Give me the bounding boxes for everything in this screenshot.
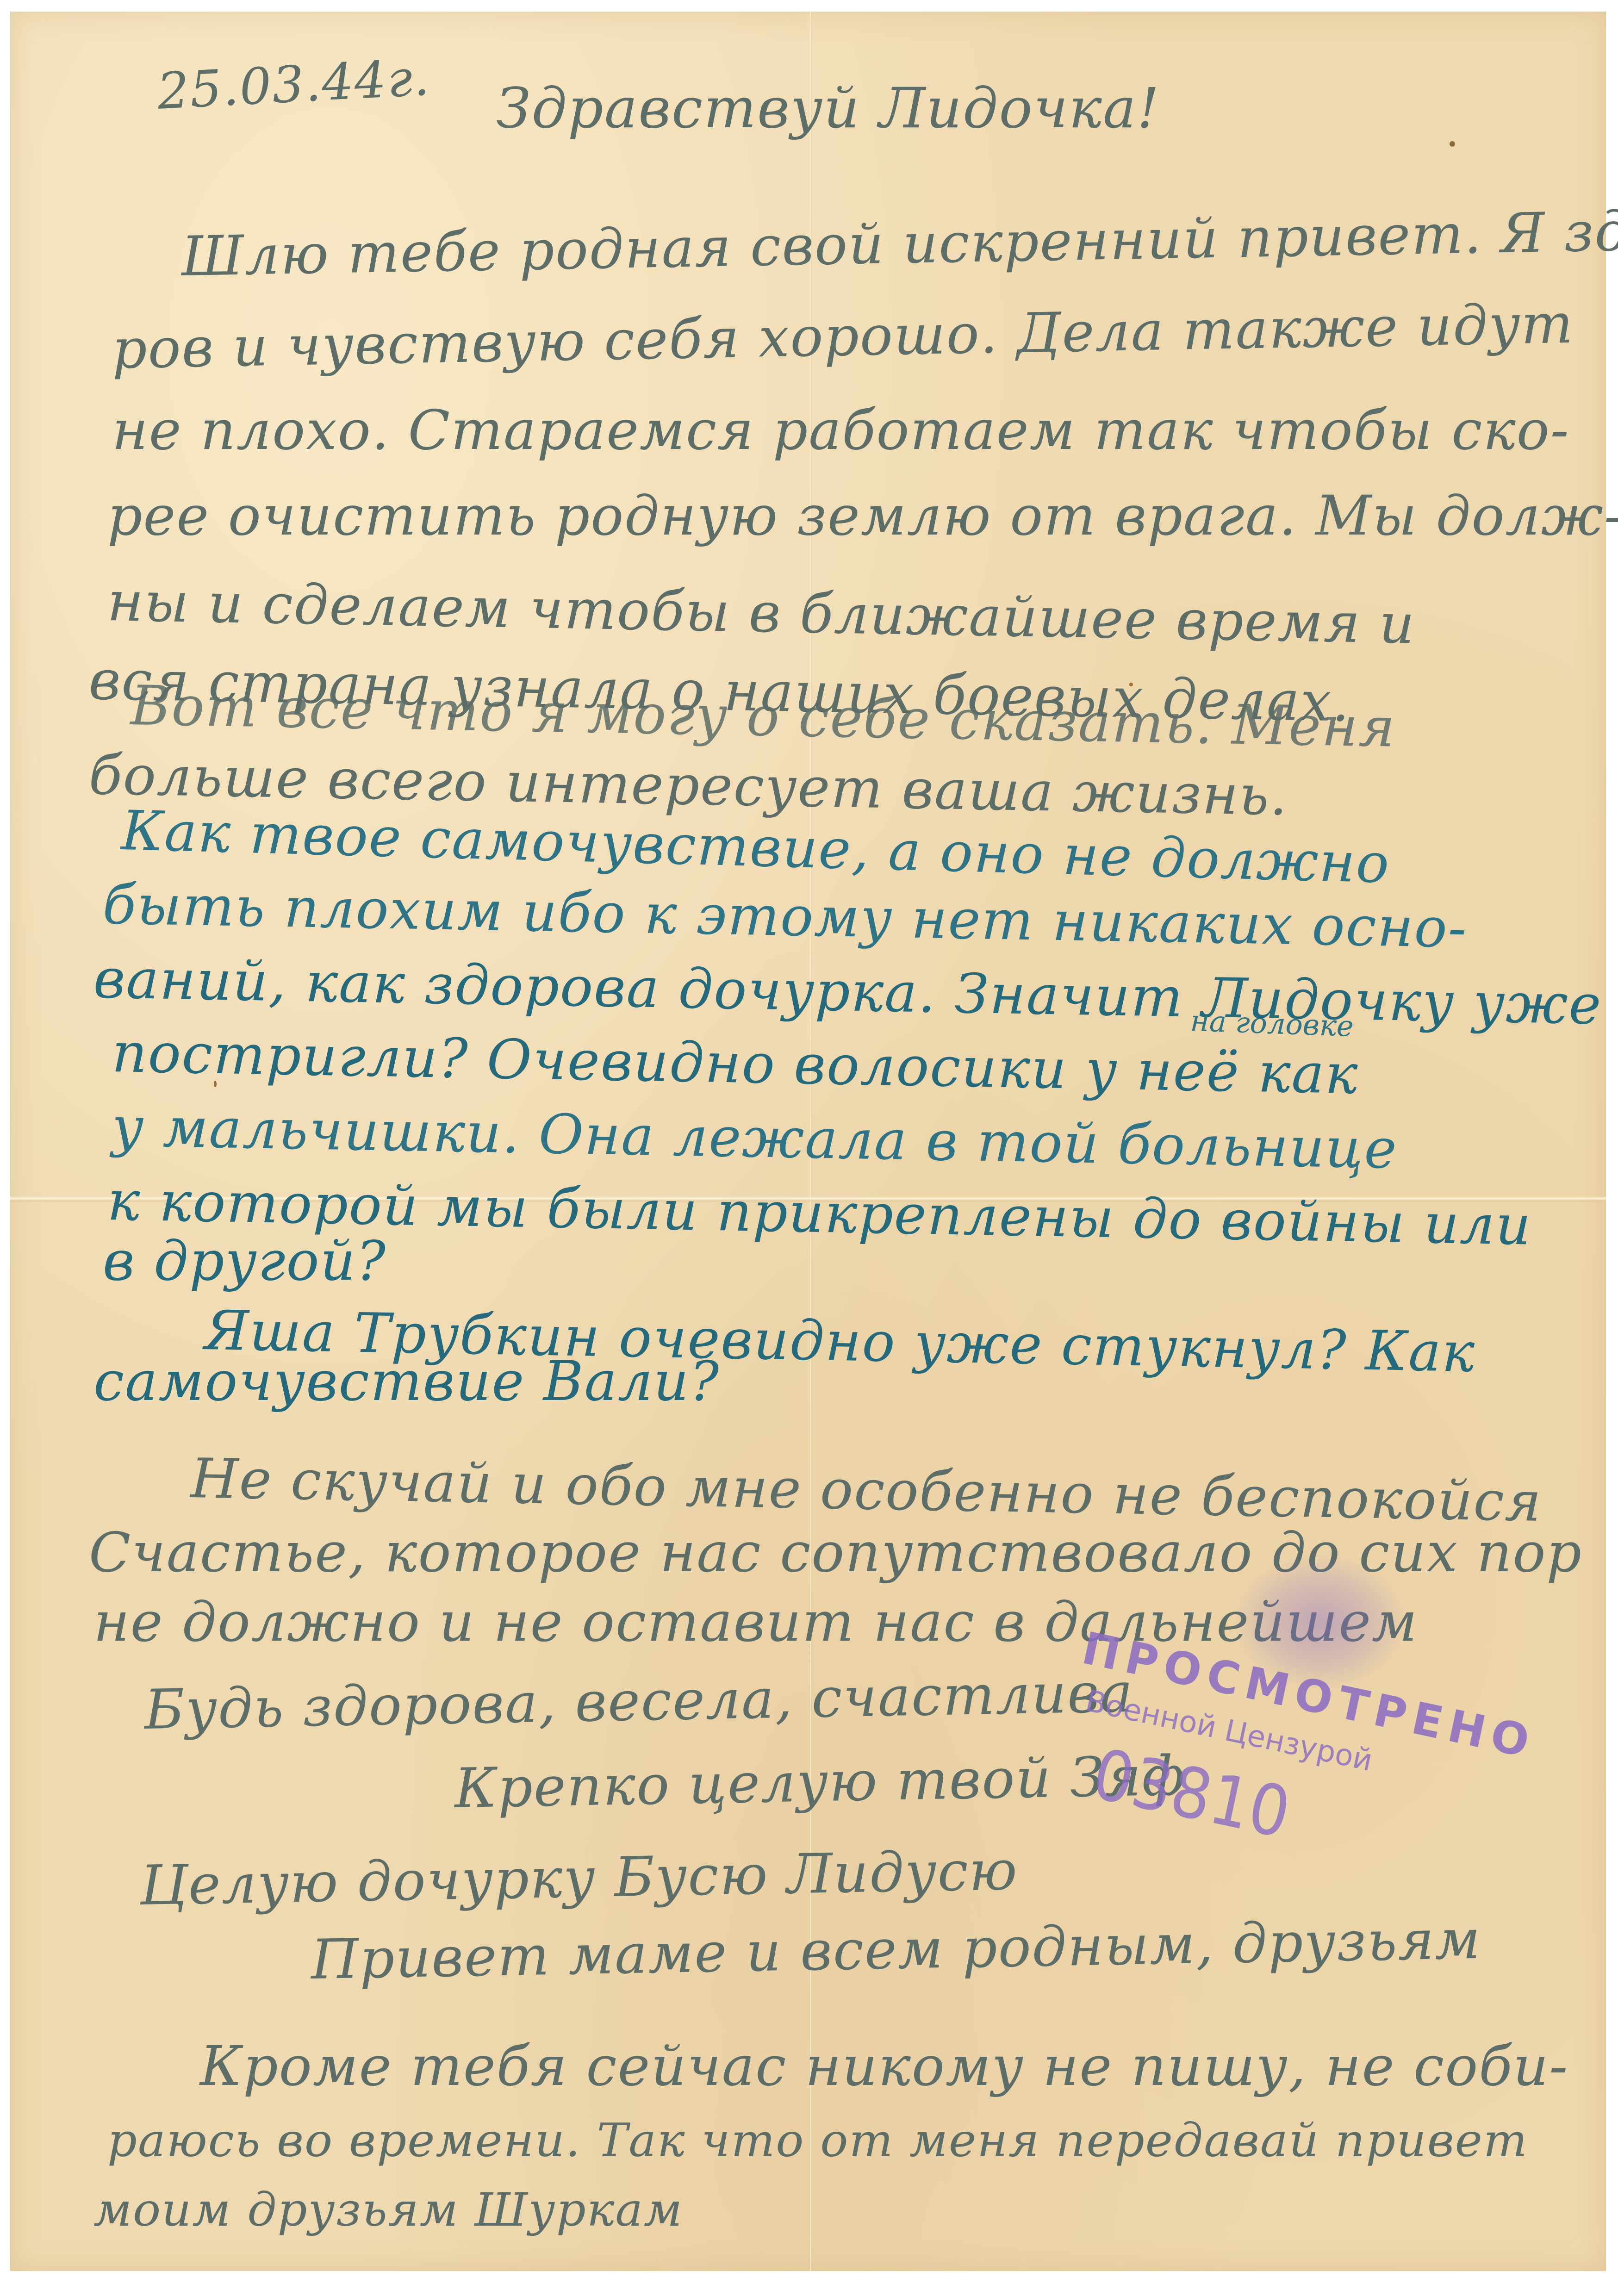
letter-line: Целую дочурку Бусю Лидусю	[139, 1843, 1018, 1913]
letter-line: не плохо. Стараемся работаем так чтобы с…	[112, 403, 1570, 457]
letter-insertion: на головке	[1190, 1004, 1354, 1043]
letter-line: ров и чувствую себя хорошо. Дела также и…	[112, 296, 1574, 376]
letter-line: не должно и не оставит нас в дальнейшем	[93, 1594, 1418, 1649]
letter-line: Не скучай и обо мне особенно не беспокой…	[190, 1451, 1543, 1529]
letter-line: Шлю тебе родная свой искренний привет. Я…	[181, 203, 1618, 284]
letter-line: ны и сделаем чтобы в ближайшее время и	[107, 574, 1416, 651]
letter-line: Будь здорова, весела, счастлива	[144, 1665, 1134, 1737]
letter-line: Кроме тебя сейчас никому не пишу, не соб…	[200, 2039, 1568, 2093]
letter-paper: 25.03.44г. Здравствуй Лидочка! Шлю тебе …	[10, 12, 1606, 2271]
letter-greeting: Здравствуй Лидочка!	[496, 81, 1160, 137]
letter-line: ваний, как здорова дочурка. Значит Лидоч…	[93, 951, 1602, 1032]
paper-spot	[1450, 141, 1455, 147]
letter-line: Привет маме и всем родным, друзьям	[311, 1912, 1481, 1987]
letter-line: у мальчишки. Она лежала в той больнице	[112, 1099, 1398, 1176]
letter-line: самочувствие Вали?	[93, 1354, 720, 1408]
censor-stamp: ПРОСМОТРЕНО Военной Цензурой 03810	[1039, 1622, 1496, 1944]
letter-line: моим друзьям Шуркам	[93, 2187, 683, 2233]
letter-line: раюсь во времени. Так что от меня переда…	[107, 2117, 1528, 2164]
letter-line: постригли? Очевидно волосики у неё как	[112, 1025, 1359, 1101]
letter-line: рее очистить родную землю от врага. Мы д…	[107, 488, 1618, 543]
letter-line: в другой?	[103, 1233, 386, 1288]
letter-date: 25.03.44г.	[156, 53, 431, 117]
